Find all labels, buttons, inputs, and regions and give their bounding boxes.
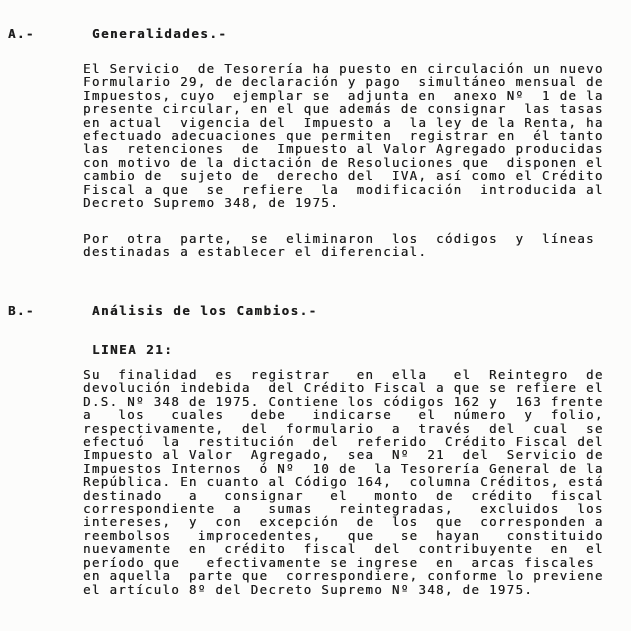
text-line: con motivo de la dictación de Resolucion… (83, 156, 604, 169)
paragraph-generalidades-1: El Servicio de Tesorería ha puesto en ci… (83, 62, 604, 209)
paragraph-generalidades-2: Por otra parte, se eliminaron los código… (83, 232, 595, 259)
text-line: D.S. Nº 348 de 1975. Contiene los código… (83, 395, 604, 408)
text-line: República. En cuanto al Código 164, colu… (83, 475, 604, 488)
text-line: cambio de sujeto de derecho del IVA, así… (83, 169, 604, 182)
paragraph-linea-21: Su finalidad es registrar en ella el Rei… (83, 368, 604, 596)
text-line: intereses, y con excepción de los que co… (83, 515, 604, 528)
text-line: destinado a consignar el monto de crédit… (83, 489, 604, 502)
text-line: en actual vigencia del Impuesto a la ley… (83, 116, 604, 129)
text-line: el artículo 8º del Decreto Supremo Nº 34… (83, 583, 604, 596)
text-line: El Servicio de Tesorería ha puesto en ci… (83, 62, 604, 75)
text-line: en aquella parte que correspondiere, con… (83, 569, 604, 582)
section-heading-generalidades: Generalidades.- (92, 26, 227, 41)
section-heading-analisis-cambios: Análisis de los Cambios.- (92, 303, 318, 318)
section-marker-b: B.- (8, 303, 35, 318)
text-line: reembolsos improcedentes, que se hayan c… (83, 529, 604, 542)
text-line: efectuado adecuaciones que permiten regi… (83, 129, 604, 142)
text-line: presente circular, en el que además de c… (83, 102, 604, 115)
text-line: devolución indebida del Crédito Fiscal a… (83, 381, 604, 394)
text-line: destinadas a establecer el diferencial. (83, 245, 595, 258)
text-line: las retenciones de Impuesto al Valor Agr… (83, 142, 604, 155)
text-line: efectuó la restitución del referido Créd… (83, 435, 604, 448)
text-line: Su finalidad es registrar en ella el Rei… (83, 368, 604, 381)
text-line: Impuesto al Valor Agregado, sea Nº 21 de… (83, 448, 604, 461)
text-line: nuevamente en crédito fiscal del contrib… (83, 542, 604, 555)
text-line: Decreto Supremo 348, de 1975. (83, 196, 604, 209)
text-line: Impuestos Internos ó Nº 10 de la Tesorer… (83, 462, 604, 475)
text-line: respectivamente, del formulario a través… (83, 422, 604, 435)
text-line: correspondiente a sumas reintegradas, ex… (83, 502, 604, 515)
text-line: Por otra parte, se eliminaron los código… (83, 232, 595, 245)
text-line: Fiscal a que se refiere la modificación … (83, 183, 604, 196)
section-marker-a: A.- (8, 26, 35, 41)
subheading-linea-21: LINEA 21: (92, 342, 173, 357)
text-line: Formulario 29, de declaración y pago sim… (83, 75, 604, 88)
scanned-document-page: A.- Generalidades.- El Servicio de Tesor… (0, 0, 631, 631)
text-line: Impuestos, cuyo ejemplar se adjunta en a… (83, 89, 604, 102)
text-line: a los cuales debe indicarse el número y … (83, 408, 604, 421)
text-line: período que efectivamente se ingrese en … (83, 556, 604, 569)
